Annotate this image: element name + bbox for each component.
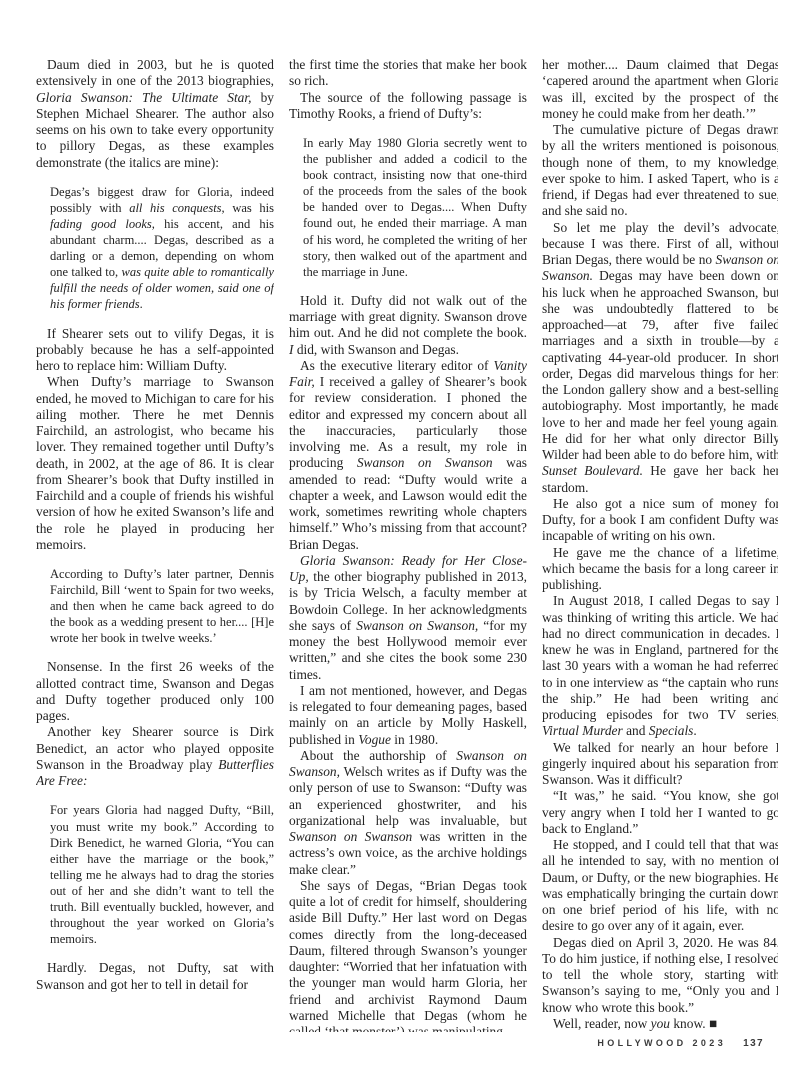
paragraph: Well, reader, now you know. ■: [542, 1016, 778, 1032]
text-run: Well, reader, now: [553, 1016, 651, 1031]
text-run: in 1980.: [391, 732, 438, 747]
text-run: her mother.... Daum claimed that Degas ‘…: [542, 57, 778, 121]
text-run: Degas died on April 3, 2020. He was 84. …: [542, 935, 778, 1015]
italic-text-run: you: [651, 1016, 670, 1031]
text-run: He stopped, and I could tell that that w…: [542, 837, 778, 933]
text-run: In early May 1980 Gloria secretly went t…: [303, 136, 527, 279]
footer-page-number: 137: [743, 1038, 764, 1049]
paragraph: Daum died in 2003, but he is quoted exte…: [36, 57, 274, 171]
text-run: For years Gloria had nagged Dufty, “Bill…: [50, 803, 274, 946]
paragraph: The source of the following passage is T…: [289, 90, 527, 123]
italic-text-run: Vogue: [358, 732, 391, 747]
paragraph: He also got a nice sum of money for Duft…: [542, 496, 778, 545]
text-run: The cumulative picture of Degas drawn by…: [542, 122, 778, 218]
text-run: .: [140, 297, 143, 311]
paragraph: She says of Degas, “Brian Degas took qui…: [289, 878, 527, 1032]
italic-text-run: Sunset Boulevard.: [542, 463, 643, 478]
text-run: was his: [225, 201, 274, 215]
text-column-1: Daum died in 2003, but he is quoted exte…: [36, 57, 274, 1032]
text-run: When Dufty’s marriage to Swanson ended, …: [36, 374, 274, 552]
text-column-3: her mother.... Daum claimed that Degas ‘…: [542, 57, 778, 1032]
paragraph: So let me play the devil’s advocate, bec…: [542, 220, 778, 496]
paragraph: If Shearer sets out to vilify Degas, it …: [36, 326, 274, 375]
text-column-2: the first time the stories that make her…: [289, 57, 527, 1032]
block-quote: In early May 1980 Gloria secretly went t…: [303, 135, 527, 280]
paragraph: As the executive literary editor of Vani…: [289, 358, 527, 553]
paragraph: Hardly. Degas, not Dufty, sat with Swans…: [36, 960, 274, 993]
text-run: According to Dufty’s later partner, Denn…: [50, 567, 274, 645]
text-run: the first time the stories that make her…: [289, 57, 527, 88]
text-run: know. ■: [670, 1016, 717, 1031]
italic-text-run: Swanson on Swanson: [357, 455, 493, 470]
text-run: .: [693, 723, 696, 738]
italic-text-run: Gloria Swanson: The Ultimate Star,: [36, 90, 251, 105]
paragraph: Hold it. Dufty did not walk out of the m…: [289, 293, 527, 358]
paragraph: About the authorship of Swanson on Swans…: [289, 748, 527, 878]
text-run: “It was,” he said. “You know, she got ve…: [542, 788, 778, 836]
text-run: did, with Swanson and Degas.: [293, 342, 459, 357]
paragraph: I am not mentioned, however, and Degas i…: [289, 683, 527, 748]
text-run: She says of Degas, “Brian Degas took qui…: [289, 878, 527, 1032]
paragraph: In August 2018, I called Degas to say I …: [542, 593, 778, 739]
text-run: and: [623, 723, 649, 738]
text-run: We talked for nearly an hour before I gi…: [542, 740, 778, 788]
italic-text-run: Swanson on Swanson,: [356, 618, 478, 633]
text-run: He also got a nice sum of money for Duft…: [542, 496, 778, 544]
paragraph: the first time the stories that make her…: [289, 57, 527, 90]
text-run: He gave me the chance of a lifetime, whi…: [542, 545, 778, 593]
paragraph: Another key Shearer source is Dirk Bened…: [36, 724, 274, 789]
block-quote: For years Gloria had nagged Dufty, “Bill…: [50, 802, 274, 947]
italic-text-run: Specials: [649, 723, 694, 738]
text-run: In August 2018, I called Degas to say I …: [542, 593, 778, 722]
article-body: Daum died in 2003, but he is quoted exte…: [36, 57, 778, 1032]
paragraph: He stopped, and I could tell that that w…: [542, 837, 778, 935]
text-run: About the authorship of: [300, 748, 456, 763]
text-run: Degas may have been down on his luck whe…: [542, 268, 778, 462]
paragraph: When Dufty’s marriage to Swanson ended, …: [36, 374, 274, 553]
paragraph: We talked for nearly an hour before I gi…: [542, 740, 778, 789]
paragraph: He gave me the chance of a lifetime, whi…: [542, 545, 778, 594]
paragraph: her mother.... Daum claimed that Degas ‘…: [542, 57, 778, 122]
text-run: If Shearer sets out to vilify Degas, it …: [36, 326, 274, 374]
text-run: As the executive literary editor of: [300, 358, 494, 373]
text-run: Daum died in 2003, but he is quoted exte…: [36, 57, 274, 88]
paragraph: Gloria Swanson: Ready for Her Close-Up, …: [289, 553, 527, 683]
magazine-page: Daum died in 2003, but he is quoted exte…: [0, 0, 800, 1088]
block-quote: According to Dufty’s later partner, Denn…: [50, 566, 274, 646]
italic-text-run: all his conquests,: [129, 201, 225, 215]
text-run: Hardly. Degas, not Dufty, sat with Swans…: [36, 960, 274, 991]
page-footer: HOLLYWOOD 2023 137: [597, 1038, 764, 1049]
text-run: Hold it. Dufty did not walk out of the m…: [289, 293, 527, 341]
paragraph: Degas died on April 3, 2020. He was 84. …: [542, 935, 778, 1016]
text-run: The source of the following passage is T…: [289, 90, 527, 121]
text-run: Nonsense. In the first 26 weeks of the a…: [36, 659, 274, 723]
paragraph: “It was,” he said. “You know, she got ve…: [542, 788, 778, 837]
block-quote: Degas’s biggest draw for Gloria, indeed …: [50, 184, 274, 313]
italic-text-run: Swanson on Swanson: [289, 829, 412, 844]
italic-text-run: Virtual Murder: [542, 723, 623, 738]
footer-magazine-title: HOLLYWOOD 2023: [597, 1038, 726, 1048]
paragraph: Nonsense. In the first 26 weeks of the a…: [36, 659, 274, 724]
italic-text-run: fading good looks,: [50, 217, 155, 231]
paragraph: The cumulative picture of Degas drawn by…: [542, 122, 778, 220]
